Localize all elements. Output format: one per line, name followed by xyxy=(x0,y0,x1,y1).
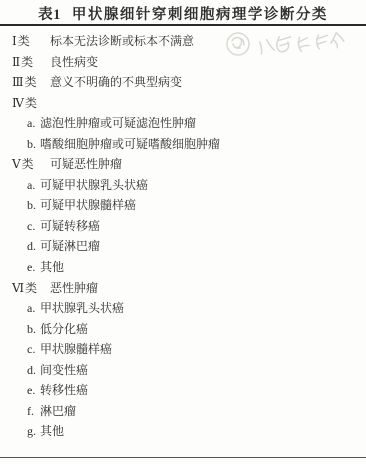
row-label: b. xyxy=(27,134,40,155)
paper-table: 表1甲状腺细针穿刺细胞病理学诊断分类 Ⅰ类标本无法诊断或标本不满意 Ⅱ类良性病变… xyxy=(0,0,366,464)
row-label: f. xyxy=(27,401,40,422)
table-body: Ⅰ类标本无法诊断或标本不满意 Ⅱ类良性病变 Ⅲ类意义不明确的不典型病变 Ⅳ类 a… xyxy=(0,26,366,442)
row-text: 可疑淋巴瘤 xyxy=(40,239,100,253)
row-text: 可疑恶性肿瘤 xyxy=(50,157,122,171)
row-label: c. xyxy=(27,216,40,237)
table-row: Ⅱ类良性病变 xyxy=(0,52,366,73)
row-label: a. xyxy=(27,175,40,196)
table-bottom-rule xyxy=(0,457,366,458)
table-row: a.滤泡性肿瘤或可疑滤泡性肿瘤 xyxy=(0,113,366,134)
table-row: g.其他 xyxy=(0,421,366,442)
row-label: c. xyxy=(27,339,40,360)
row-label: b. xyxy=(27,195,40,216)
row-text: 可疑转移癌 xyxy=(40,219,100,233)
row-text: 滤泡性肿瘤或可疑滤泡性肿瘤 xyxy=(40,116,196,130)
table-row: a.可疑甲状腺乳头状癌 xyxy=(0,175,366,196)
row-label: Ⅵ类 xyxy=(12,278,50,299)
table-row: f.淋巴瘤 xyxy=(0,401,366,422)
row-label: d. xyxy=(27,236,40,257)
table-row: Ⅰ类标本无法诊断或标本不满意 xyxy=(0,31,366,52)
row-label: e. xyxy=(27,380,40,401)
row-text: 甲状腺髓样癌 xyxy=(40,342,112,356)
row-text: 间变性癌 xyxy=(40,363,88,377)
table-row: e.其他 xyxy=(0,257,366,278)
row-text: 其他 xyxy=(40,424,64,438)
table-title: 表1甲状腺细针穿刺细胞病理学诊断分类 xyxy=(0,0,366,24)
table-row: d.可疑淋巴瘤 xyxy=(0,236,366,257)
table-row: Ⅳ类 xyxy=(0,93,366,114)
row-label: a. xyxy=(27,298,40,319)
table-row: b.嗜酸细胞肿瘤或可疑嗜酸细胞肿瘤 xyxy=(0,134,366,155)
table-row: b.低分化癌 xyxy=(0,319,366,340)
row-text: 转移性癌 xyxy=(40,383,88,397)
table-number: 表1 xyxy=(38,7,61,23)
row-label: Ⅲ类 xyxy=(12,72,50,93)
table-row: c.甲状腺髓样癌 xyxy=(0,339,366,360)
table-row: a.甲状腺乳头状癌 xyxy=(0,298,366,319)
table-row: Ⅵ类恶性肿瘤 xyxy=(0,278,366,299)
row-label: Ⅰ类 xyxy=(12,31,50,52)
row-label: Ⅴ类 xyxy=(12,154,50,175)
row-label: e. xyxy=(27,257,40,278)
row-text: 意义不明确的不典型病变 xyxy=(50,75,182,89)
row-label: Ⅳ类 xyxy=(12,93,50,114)
row-label: d. xyxy=(27,360,40,381)
row-text: 可疑甲状腺髓样癌 xyxy=(40,198,136,212)
row-text: 良性病变 xyxy=(50,55,98,69)
row-label: a. xyxy=(27,113,40,134)
row-text: 恶性肿瘤 xyxy=(50,281,98,295)
table-row: c.可疑转移癌 xyxy=(0,216,366,237)
table-row: Ⅲ类意义不明确的不典型病变 xyxy=(0,72,366,93)
table-row: b.可疑甲状腺髓样癌 xyxy=(0,195,366,216)
table-row: e.转移性癌 xyxy=(0,380,366,401)
row-label: Ⅱ类 xyxy=(12,52,50,73)
row-text: 嗜酸细胞肿瘤或可疑嗜酸细胞肿瘤 xyxy=(40,137,220,151)
row-text: 低分化癌 xyxy=(40,322,88,336)
row-text: 甲状腺乳头状癌 xyxy=(40,301,124,315)
row-label: g. xyxy=(27,421,40,442)
row-text: 可疑甲状腺乳头状癌 xyxy=(40,178,148,192)
row-text: 标本无法诊断或标本不满意 xyxy=(50,34,194,48)
table-row: d.间变性癌 xyxy=(0,360,366,381)
row-label: b. xyxy=(27,319,40,340)
row-text: 其他 xyxy=(40,260,64,274)
row-text: 淋巴瘤 xyxy=(40,404,76,418)
table-title-text: 甲状腺细针穿刺细胞病理学诊断分类 xyxy=(72,7,328,23)
table-row: Ⅴ类可疑恶性肿瘤 xyxy=(0,154,366,175)
